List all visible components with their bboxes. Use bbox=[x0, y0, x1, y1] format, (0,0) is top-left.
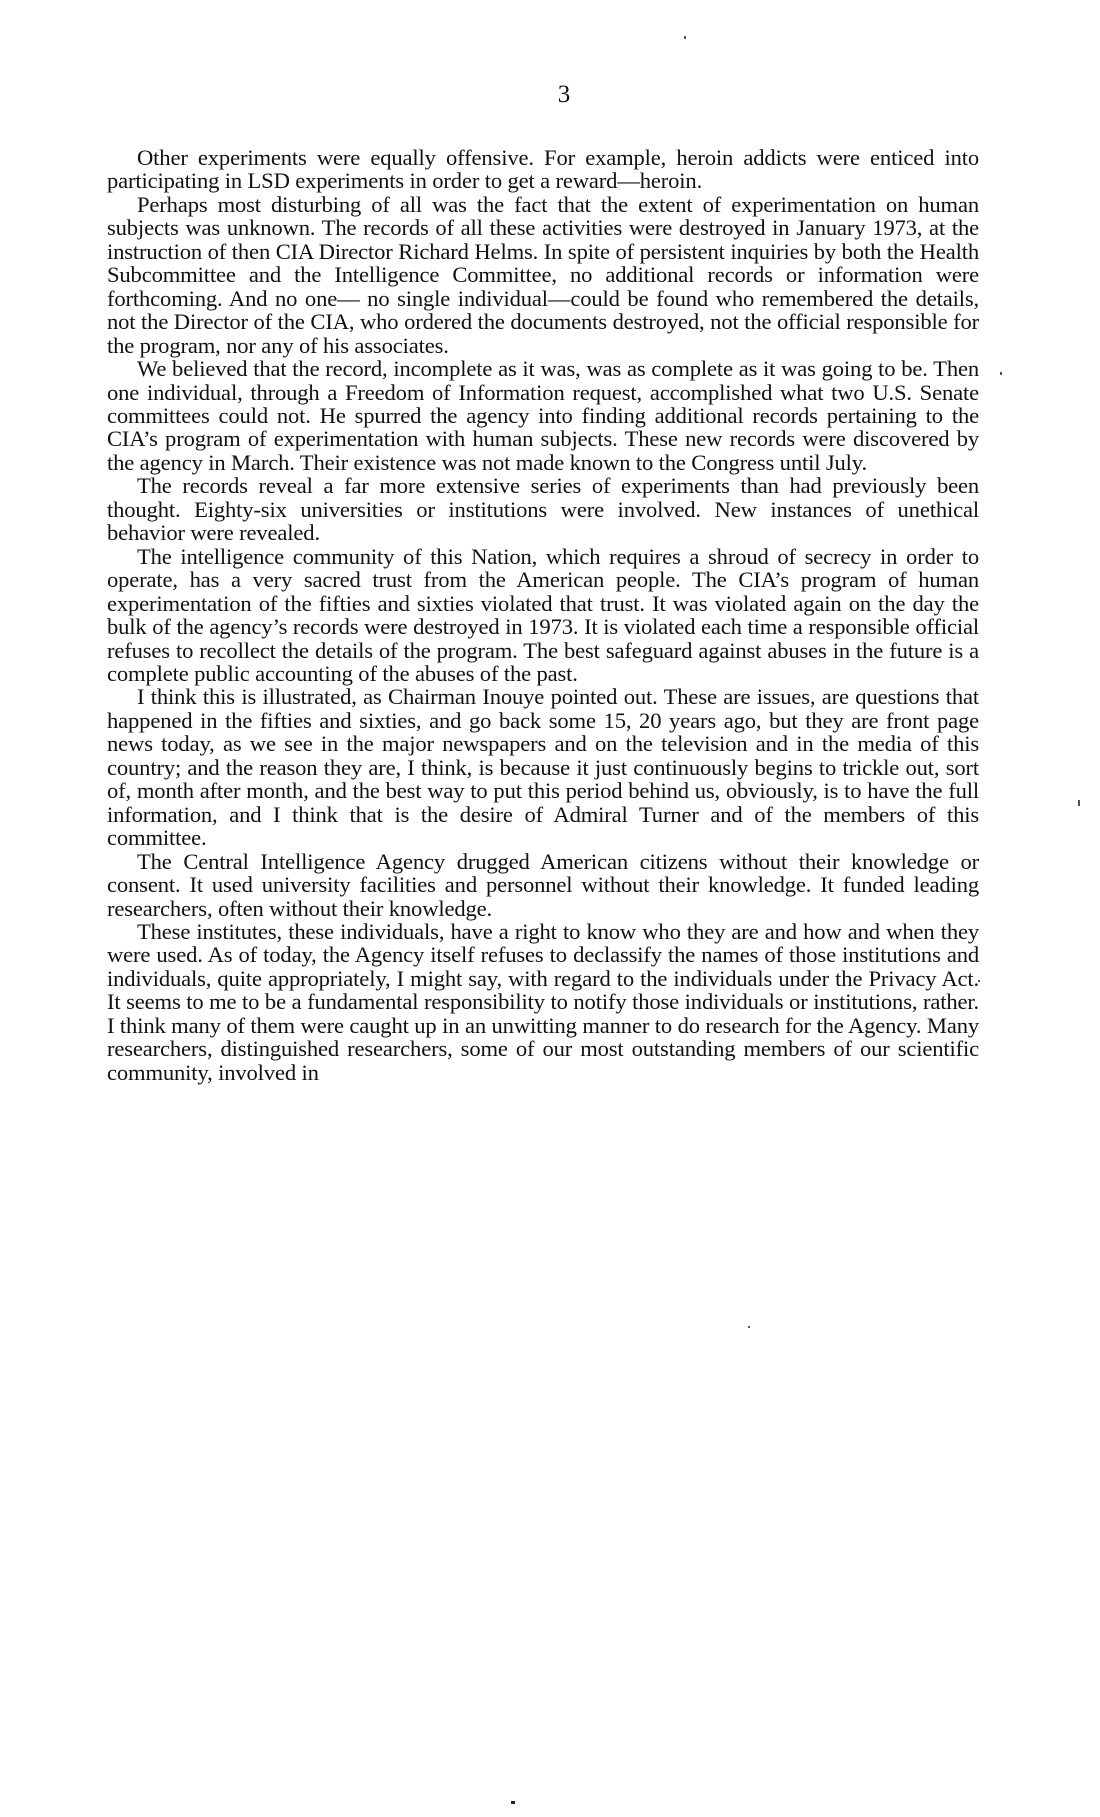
page-number: 3 bbox=[14, 80, 1100, 110]
scan-speck bbox=[684, 36, 686, 39]
paragraph-right-to-know: These institutes, these individuals, hav… bbox=[107, 920, 979, 1084]
paragraph-heroin-experiments: Other experiments were equally offensive… bbox=[107, 146, 979, 193]
scan-speck bbox=[748, 1326, 750, 1328]
scan-speck bbox=[511, 1801, 515, 1804]
paragraph-drugged-citizens: The Central Intelligence Agency drugged … bbox=[107, 850, 979, 920]
scan-speck bbox=[1078, 800, 1080, 806]
body-text: Other experiments were equally offensive… bbox=[107, 146, 979, 1084]
paragraph-records-reveal: The records reveal a far more extensive … bbox=[107, 474, 979, 544]
paragraph-sacred-trust: The intelligence community of this Natio… bbox=[107, 545, 979, 686]
paragraph-chairman-inouye: I think this is illustrated, as Chairman… bbox=[107, 685, 979, 849]
scan-speck bbox=[1000, 372, 1002, 375]
paragraph-records-destroyed: Perhaps most disturbing of all was the f… bbox=[107, 193, 979, 357]
scan-speck bbox=[978, 980, 980, 982]
paragraph-foia-request: We believed that the record, incomplete … bbox=[107, 357, 979, 474]
